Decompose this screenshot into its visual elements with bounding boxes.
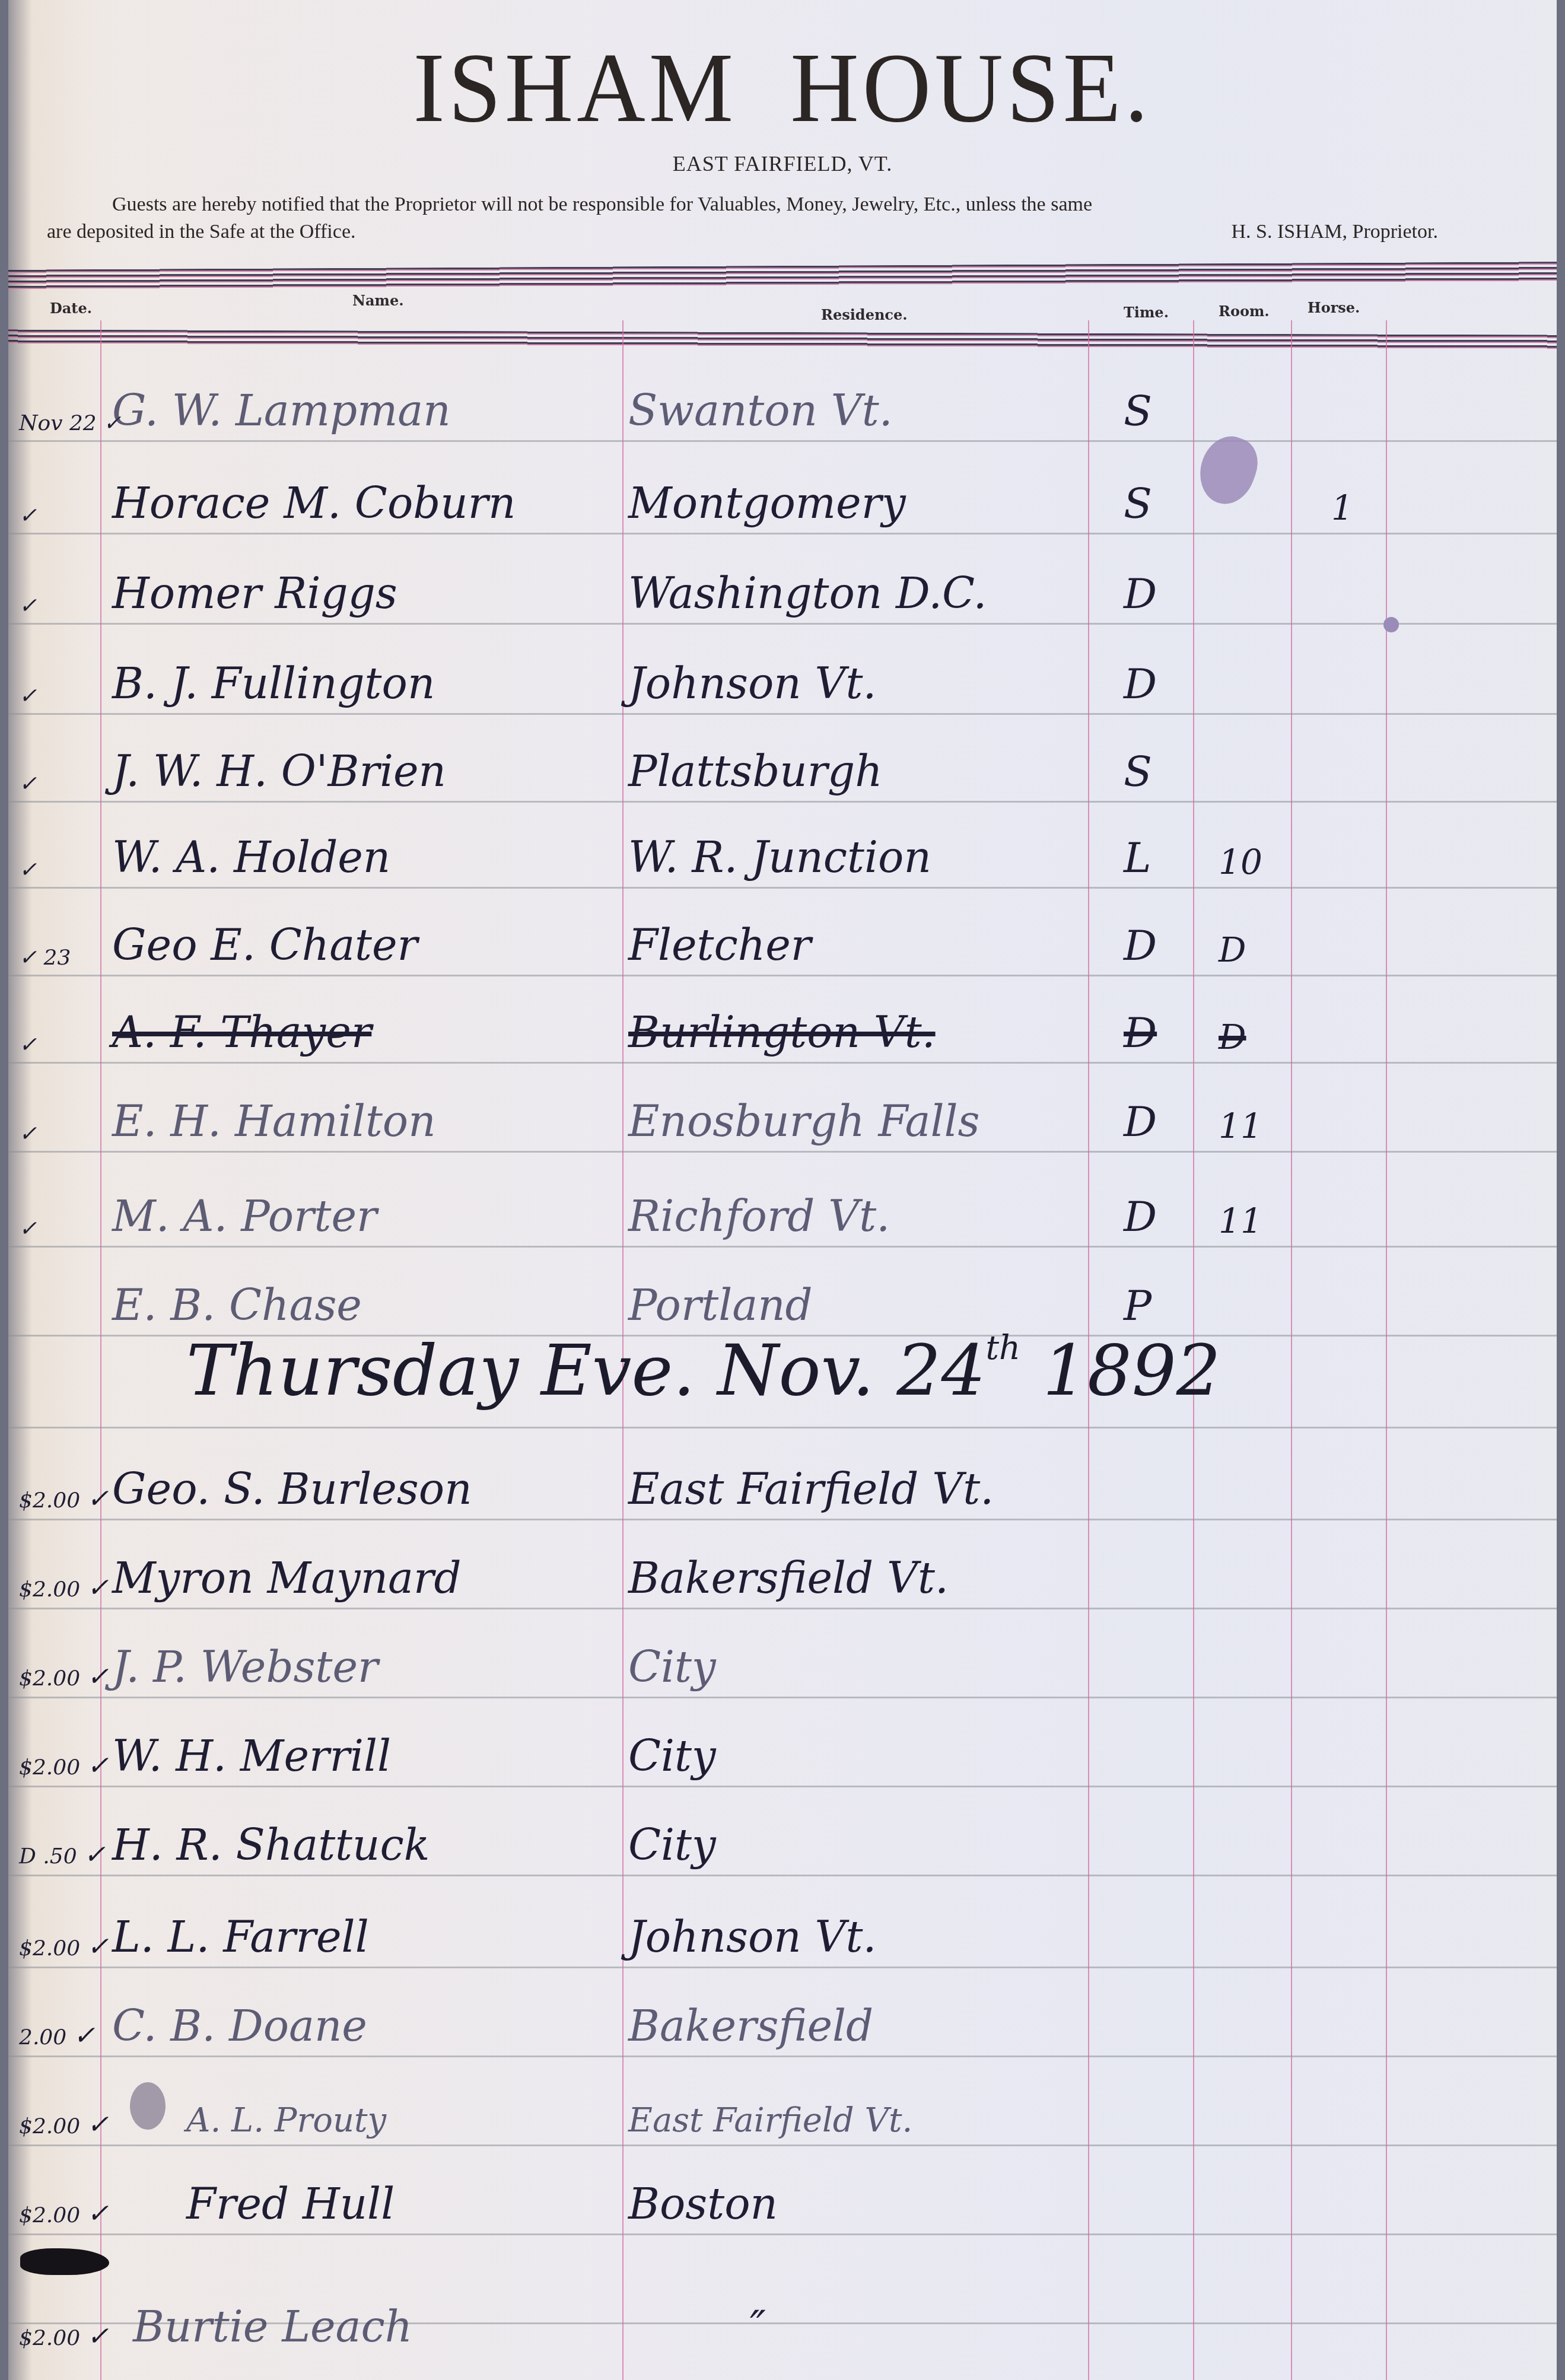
meal-time: P xyxy=(1124,1281,1152,1330)
room-number: 11 xyxy=(1219,1106,1262,1146)
register-row: ✓ Homer Riggs Washington D.C. D xyxy=(8,556,1557,623)
payment-amount: $2.00 ✓ xyxy=(19,2198,108,2229)
section-heading-text: Thursday Eve. Nov. 24 xyxy=(186,1329,986,1411)
column-header-time: Time. xyxy=(1124,304,1169,321)
register-row: $2.00 ✓ Myron Maynard Bakersfield Vt. xyxy=(8,1541,1557,1608)
guest-residence: Enosburgh Falls xyxy=(628,1096,979,1146)
row-rule xyxy=(8,1246,1557,1248)
guest-name: J. W. H. O'Brien xyxy=(112,746,446,796)
payment-amount: $2.00 ✓ xyxy=(19,1484,108,1514)
header-rule-top xyxy=(8,262,1557,290)
header-rule-bottom xyxy=(8,329,1557,349)
register-row: $2.00 ✓ Fred Hull Boston xyxy=(8,2167,1557,2233)
guest-residence: Portland xyxy=(628,1280,813,1330)
payment-amount: $2.00 ✓ xyxy=(19,1662,108,1692)
guest-name: E. B. Chase xyxy=(112,1280,362,1330)
register-row: ✓ Horace M. Coburn Montgomery S 1 xyxy=(8,466,1557,533)
guest-residence: Plattsburgh xyxy=(628,746,883,796)
guest-name: Fred Hull xyxy=(186,2179,395,2229)
guest-residence: Johnson Vt. xyxy=(628,658,876,708)
register-row: ✓ B. J. Fullington Johnson Vt. D xyxy=(8,647,1557,713)
guest-name: Burtie Leach xyxy=(133,2302,412,2352)
column-header-room: Room. xyxy=(1219,303,1270,320)
guest-residence: Fletcher xyxy=(628,920,811,970)
payment-amount: $2.00 ✓ xyxy=(19,1932,108,1962)
section-heading-suffix: th xyxy=(986,1329,1021,1367)
guest-name: H. R. Shattuck xyxy=(112,1820,430,1870)
ink-dot xyxy=(1383,617,1399,632)
row-rule xyxy=(8,1786,1557,1787)
payment-amount: $2.00 ✓ xyxy=(19,1751,108,1781)
meal-time: D xyxy=(1124,1192,1157,1241)
register-row: ✓ J. W. H. O'Brien Plattsburgh S xyxy=(8,734,1557,801)
meal-time: D xyxy=(1124,1097,1157,1146)
guest-residence: East Fairfield Vt. xyxy=(628,2101,912,2140)
entry-date: ✓ 23 xyxy=(19,946,108,970)
row-rule xyxy=(8,1697,1557,1698)
column-header-residence: Residence. xyxy=(821,306,908,323)
column-rule-room xyxy=(1291,320,1292,2380)
checkmark-icon: ✓ xyxy=(87,2321,109,2352)
checkmark-icon: ✓ xyxy=(87,1751,109,1781)
register-row: E. B. Chase Portland P xyxy=(8,1268,1557,1335)
payment-amount: D .50 ✓ xyxy=(19,1840,108,1870)
row-rule xyxy=(8,623,1557,625)
row-rule xyxy=(8,1519,1557,1520)
guest-name: J. P. Webster xyxy=(112,1642,378,1692)
hotel-title-word2: HOUSE. xyxy=(790,32,1152,143)
room-number: 11 xyxy=(1219,1201,1262,1241)
row-rule xyxy=(8,1427,1557,1428)
ditto-mark: ″ xyxy=(750,2302,766,2352)
guest-residence: City xyxy=(628,1642,716,1692)
guest-residence-struck: Burlington Vt. xyxy=(628,1007,936,1057)
checkmark-icon: ✓ xyxy=(84,1840,106,1870)
meal-time: D xyxy=(1124,921,1157,970)
meal-time: S xyxy=(1124,479,1152,528)
notice-line-2: are deposited in the Safe at the Office. xyxy=(47,218,356,246)
entry-date: ✓ xyxy=(19,1122,108,1146)
row-rule xyxy=(8,887,1557,889)
guest-residence: Richford Vt. xyxy=(628,1191,890,1241)
row-rule xyxy=(8,2233,1557,2235)
meal-time: D xyxy=(1124,660,1157,708)
register-row: $2.00 ✓ A. L. Prouty East Fairfield Vt. xyxy=(8,2078,1557,2144)
register-row: D .50 ✓ H. R. Shattuck City xyxy=(8,1808,1557,1875)
guest-residence: City xyxy=(628,1820,716,1870)
meal-time: D xyxy=(1124,569,1157,618)
column-header-horse: Horse. xyxy=(1308,299,1360,316)
guest-residence: Montgomery xyxy=(628,478,906,528)
liability-notice: Guests are hereby notified that the Prop… xyxy=(112,191,1500,218)
entry-date: ✓ xyxy=(19,1033,108,1057)
row-rule xyxy=(8,975,1557,976)
column-header-date: Date. xyxy=(50,300,92,317)
register-row: $2.00 ✓ J. P. Webster City xyxy=(8,1630,1557,1697)
entry-date: ✓ xyxy=(19,684,108,708)
payment-amount: 2.00 ✓ xyxy=(19,2021,108,2051)
register-row: ✓ M. A. Porter Richford Vt. D 11 xyxy=(8,1179,1557,1246)
guest-name: Geo. S. Burleson xyxy=(112,1464,472,1514)
meal-time: D xyxy=(1124,1008,1157,1057)
guest-name: Geo E. Chater xyxy=(112,920,418,970)
register-row: $2.00 ✓ W. H. Merrill City xyxy=(8,1719,1557,1786)
row-rule xyxy=(8,1967,1557,1968)
register-row: ✓ W. A. Holden W. R. Junction L 10 xyxy=(8,820,1557,887)
guest-name: B. J. Fullington xyxy=(112,658,435,708)
payment-amount: $2.00 ✓ xyxy=(19,2321,108,2352)
checkmark-icon: ✓ xyxy=(87,2198,109,2229)
register-row: ✓ E. H. Hamilton Enosburgh Falls D 11 xyxy=(8,1084,1557,1151)
guest-name: Homer Riggs xyxy=(112,568,397,618)
register-row: $2.00 ✓ Geo. S. Burleson East Fairfield … xyxy=(8,1452,1557,1519)
guest-residence: City xyxy=(628,1731,716,1781)
guest-name: G. W. Lampman xyxy=(112,386,451,435)
entry-date: ✓ xyxy=(19,858,108,882)
checkmark-icon: ✓ xyxy=(87,2109,109,2140)
row-rule xyxy=(8,2144,1557,2146)
guest-residence: Washington D.C. xyxy=(628,568,987,618)
meal-time: L xyxy=(1124,833,1151,882)
guest-name: Horace M. Coburn xyxy=(112,478,516,528)
checkmark-icon: ✓ xyxy=(87,1484,109,1514)
checkmark-icon: ✓ xyxy=(87,1573,109,1603)
row-rule xyxy=(8,533,1557,534)
guest-name: A. L. Prouty xyxy=(186,2101,386,2140)
entry-date: Nov 22 ✓ xyxy=(19,411,108,435)
guest-residence: Johnson Vt. xyxy=(628,1912,876,1962)
guest-residence: W. R. Junction xyxy=(628,832,931,882)
guest-residence: East Fairfield Vt. xyxy=(628,1464,994,1514)
ink-blot-black xyxy=(20,2248,109,2275)
ink-smudge xyxy=(130,2082,166,2130)
row-rule xyxy=(8,2056,1557,2057)
guest-name-struck: A. F. Thayer xyxy=(112,1007,371,1057)
row-rule xyxy=(8,801,1557,803)
register-row: $2.00 ✓ Burtie Leach ″ xyxy=(8,2290,1557,2356)
hotel-location: EAST FAIRFIELD, VT. xyxy=(8,151,1557,176)
entry-date: ✓ xyxy=(19,1217,108,1241)
guest-name: W. A. Holden xyxy=(112,832,390,882)
row-rule xyxy=(8,1875,1557,1876)
checkmark-icon: ✓ xyxy=(74,2021,96,2051)
horse-count: 1 xyxy=(1331,488,1353,528)
row-rule xyxy=(8,713,1557,715)
guest-name: L. L. Farrell xyxy=(112,1912,369,1962)
room-number: D xyxy=(1219,930,1246,970)
register-page: ISHAMHOUSE. EAST FAIRFIELD, VT. Guests a… xyxy=(8,0,1557,2380)
entry-date: ✓ xyxy=(19,504,108,528)
meal-time: S xyxy=(1124,387,1152,435)
checkmark-icon: ✓ xyxy=(87,1662,109,1692)
column-rule-date xyxy=(100,320,101,2380)
register-row: 2.00 ✓ C. B. Doane Bakersfield xyxy=(8,1989,1557,2056)
payment-amount: $2.00 ✓ xyxy=(19,2109,108,2140)
guest-name: C. B. Doane xyxy=(112,2001,367,2051)
register-row: ✓ 23 Geo E. Chater Fletcher D D xyxy=(8,908,1557,975)
row-rule xyxy=(8,1608,1557,1609)
guest-residence: Boston xyxy=(628,2179,778,2229)
register-row-struck: ✓ A. F. Thayer Burlington Vt. D D xyxy=(8,995,1557,1062)
guest-name: W. H. Merrill xyxy=(112,1731,391,1781)
notice-line-1: Guests are hereby notified that the Prop… xyxy=(112,191,1500,218)
entry-date: ✓ xyxy=(19,772,108,796)
guest-residence: Bakersfield xyxy=(628,2001,873,2051)
guest-residence: Swanton Vt. xyxy=(628,386,893,435)
payment-amount: $2.00 ✓ xyxy=(19,1573,108,1603)
register-row: $2.00 ✓ L. L. Farrell Johnson Vt. xyxy=(8,1900,1557,1967)
guest-name: M. A. Porter xyxy=(112,1191,377,1241)
row-rule xyxy=(8,440,1557,442)
meal-time: S xyxy=(1124,747,1152,796)
row-rule xyxy=(8,1062,1557,1064)
date-section-heading: Thursday Eve. Nov. 24th 1892 xyxy=(186,1329,1221,1411)
hotel-title-word1: ISHAM xyxy=(413,32,737,143)
guest-name: E. H. Hamilton xyxy=(112,1096,436,1146)
row-rule xyxy=(8,1151,1557,1153)
column-header-name: Name. xyxy=(352,292,404,309)
hotel-title: ISHAMHOUSE. xyxy=(8,30,1557,145)
register-row: Nov 22 ✓ G. W. Lampman Swanton Vt. S xyxy=(8,374,1557,440)
checkmark-icon: ✓ xyxy=(87,1932,109,1962)
room-number: 10 xyxy=(1219,842,1262,882)
section-heading-year: 1892 xyxy=(1043,1329,1221,1411)
room-number: D xyxy=(1219,1017,1246,1057)
proprietor-signature: H. S. ISHAM, Proprietor. xyxy=(1231,221,1438,243)
entry-date: ✓ xyxy=(19,594,108,618)
guest-name: Myron Maynard xyxy=(112,1553,462,1603)
guest-residence: Bakersfield Vt. xyxy=(628,1553,949,1603)
